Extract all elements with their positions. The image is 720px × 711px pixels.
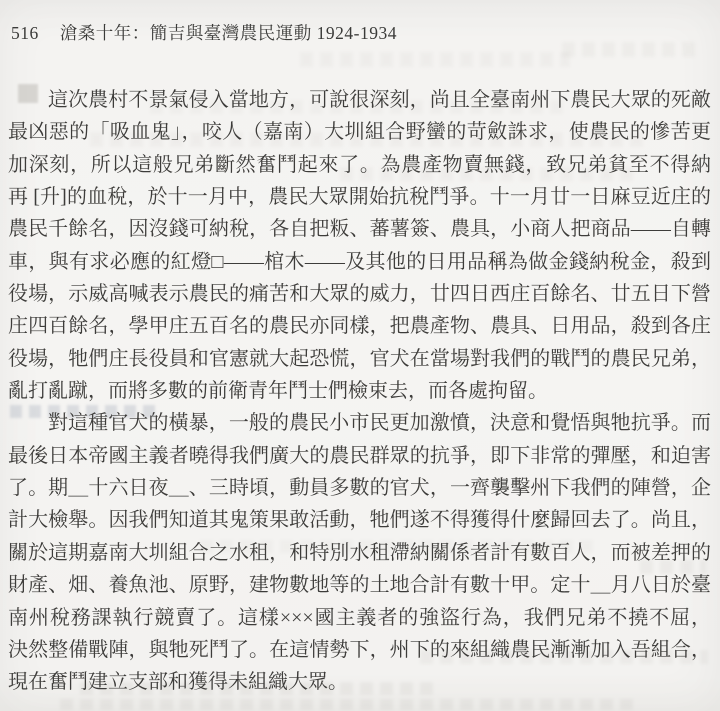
bleedthrough-ghost — [300, 52, 570, 67]
text-line: 南州稅務課執行競賣了。這樣×××國主義者的強盜行為，我們兄弟不撓不屈， — [8, 602, 711, 634]
running-head: 516滄桑十年：簡吉與臺灣農民運動 1924-1934 — [11, 20, 397, 45]
text-line: 對這種官犬的橫暴，一般的農民小市民更加激憤，決意和覺悟與牠抗爭。而 — [8, 407, 711, 439]
text-line: 役場，示威高喊表示農民的痛苦和大眾的威力，廿四日西庄百餘名、廿五日下營 — [8, 278, 711, 310]
bleedthrough-ghost — [60, 699, 640, 710]
text-line: 加深刻，所以這般兄弟斷然奮鬥起來了。為農產物賣無錢，致兄弟貧至不得納 — [8, 149, 711, 181]
text-line: 這次農村不景氣侵入當地方，可說很深刻，尚且全臺南州下農民大眾的死敵 — [8, 84, 711, 116]
text-line: 最凶惡的「吸血鬼」，咬人（嘉南）大圳組合野蠻的苛斂誅求，使農民的慘苦更 — [8, 116, 711, 148]
scanned-book-page: 516滄桑十年：簡吉與臺灣農民運動 1924-1934 這次農村不景氣侵入當地方… — [0, 0, 720, 711]
bleedthrough-ghost — [562, 42, 702, 57]
text-line: 計大檢舉。因我們知道其鬼策果敢活動，牠們遂不得獲得什麼歸回去了。尚且， — [8, 504, 711, 536]
body-text: 這次農村不景氣侵入當地方，可說很深刻，尚且全臺南州下農民大眾的死敵 最凶惡的「吸… — [8, 84, 711, 699]
text-line: 役場，牠們庄長役員和官憲就大起恐慌，官犬在當場對我們的戰鬥的農民兄弟， — [8, 343, 711, 375]
text-line: 最後日本帝國主義者曉得我們廣大的農民群眾的抗爭，即下非常的彈壓，和迫害 — [8, 440, 711, 472]
text-line: 關於這期嘉南大圳組合之水租，和特別水租滯納關係者計有數百人，而被差押的 — [8, 537, 711, 569]
text-line: 再 [升]的血稅，於十一月中，農民大眾開始抗稅鬥爭。十一月廿一日麻豆近庄的 — [8, 181, 711, 213]
paragraph-1: 這次農村不景氣侵入當地方，可說很深刻，尚且全臺南州下農民大眾的死敵 最凶惡的「吸… — [8, 84, 711, 407]
text-line: 決然整備戰陣，與牠死鬥了。在這情勢下，州下的來組織農民漸漸加入吾組合， — [8, 634, 711, 666]
text-line: 車，與有求必應的紅燈□——棺木——及其他的日用品稱為做金錢納稅金，殺到 — [8, 246, 711, 278]
text-line: 農民千餘名，因沒錢可納稅，各自把粄、蕃薯簽、農具，小商人把商品——自轉 — [8, 213, 711, 245]
text-line: 財產、畑、養魚池、原野，建物數地等的土地合計有數十甲。定十＿月八日於臺 — [8, 569, 711, 601]
text-line: 庄四百餘名，學甲庄五百名的農民亦同樣，把農產物、農具、日用品，殺到各庄 — [8, 310, 711, 342]
page-number: 516 — [11, 23, 39, 43]
text-line: 亂打亂蹴，而將多數的前衛青年鬥士們檢束去，而各處拘留。 — [8, 375, 711, 407]
text-line: 現在奮鬥建立支部和獲得未組織大眾。 — [8, 666, 711, 698]
paragraph-2: 對這種官犬的橫暴，一般的農民小市民更加激憤，決意和覺悟與牠抗爭。而 最後日本帝國… — [8, 407, 711, 698]
book-title: 滄桑十年：簡吉與臺灣農民運動 1924-1934 — [60, 23, 397, 43]
text-line: 了。期＿十六日夜＿、三時頃，動員多數的官犬，一齊襲擊州下我們的陣營，企 — [8, 472, 711, 504]
